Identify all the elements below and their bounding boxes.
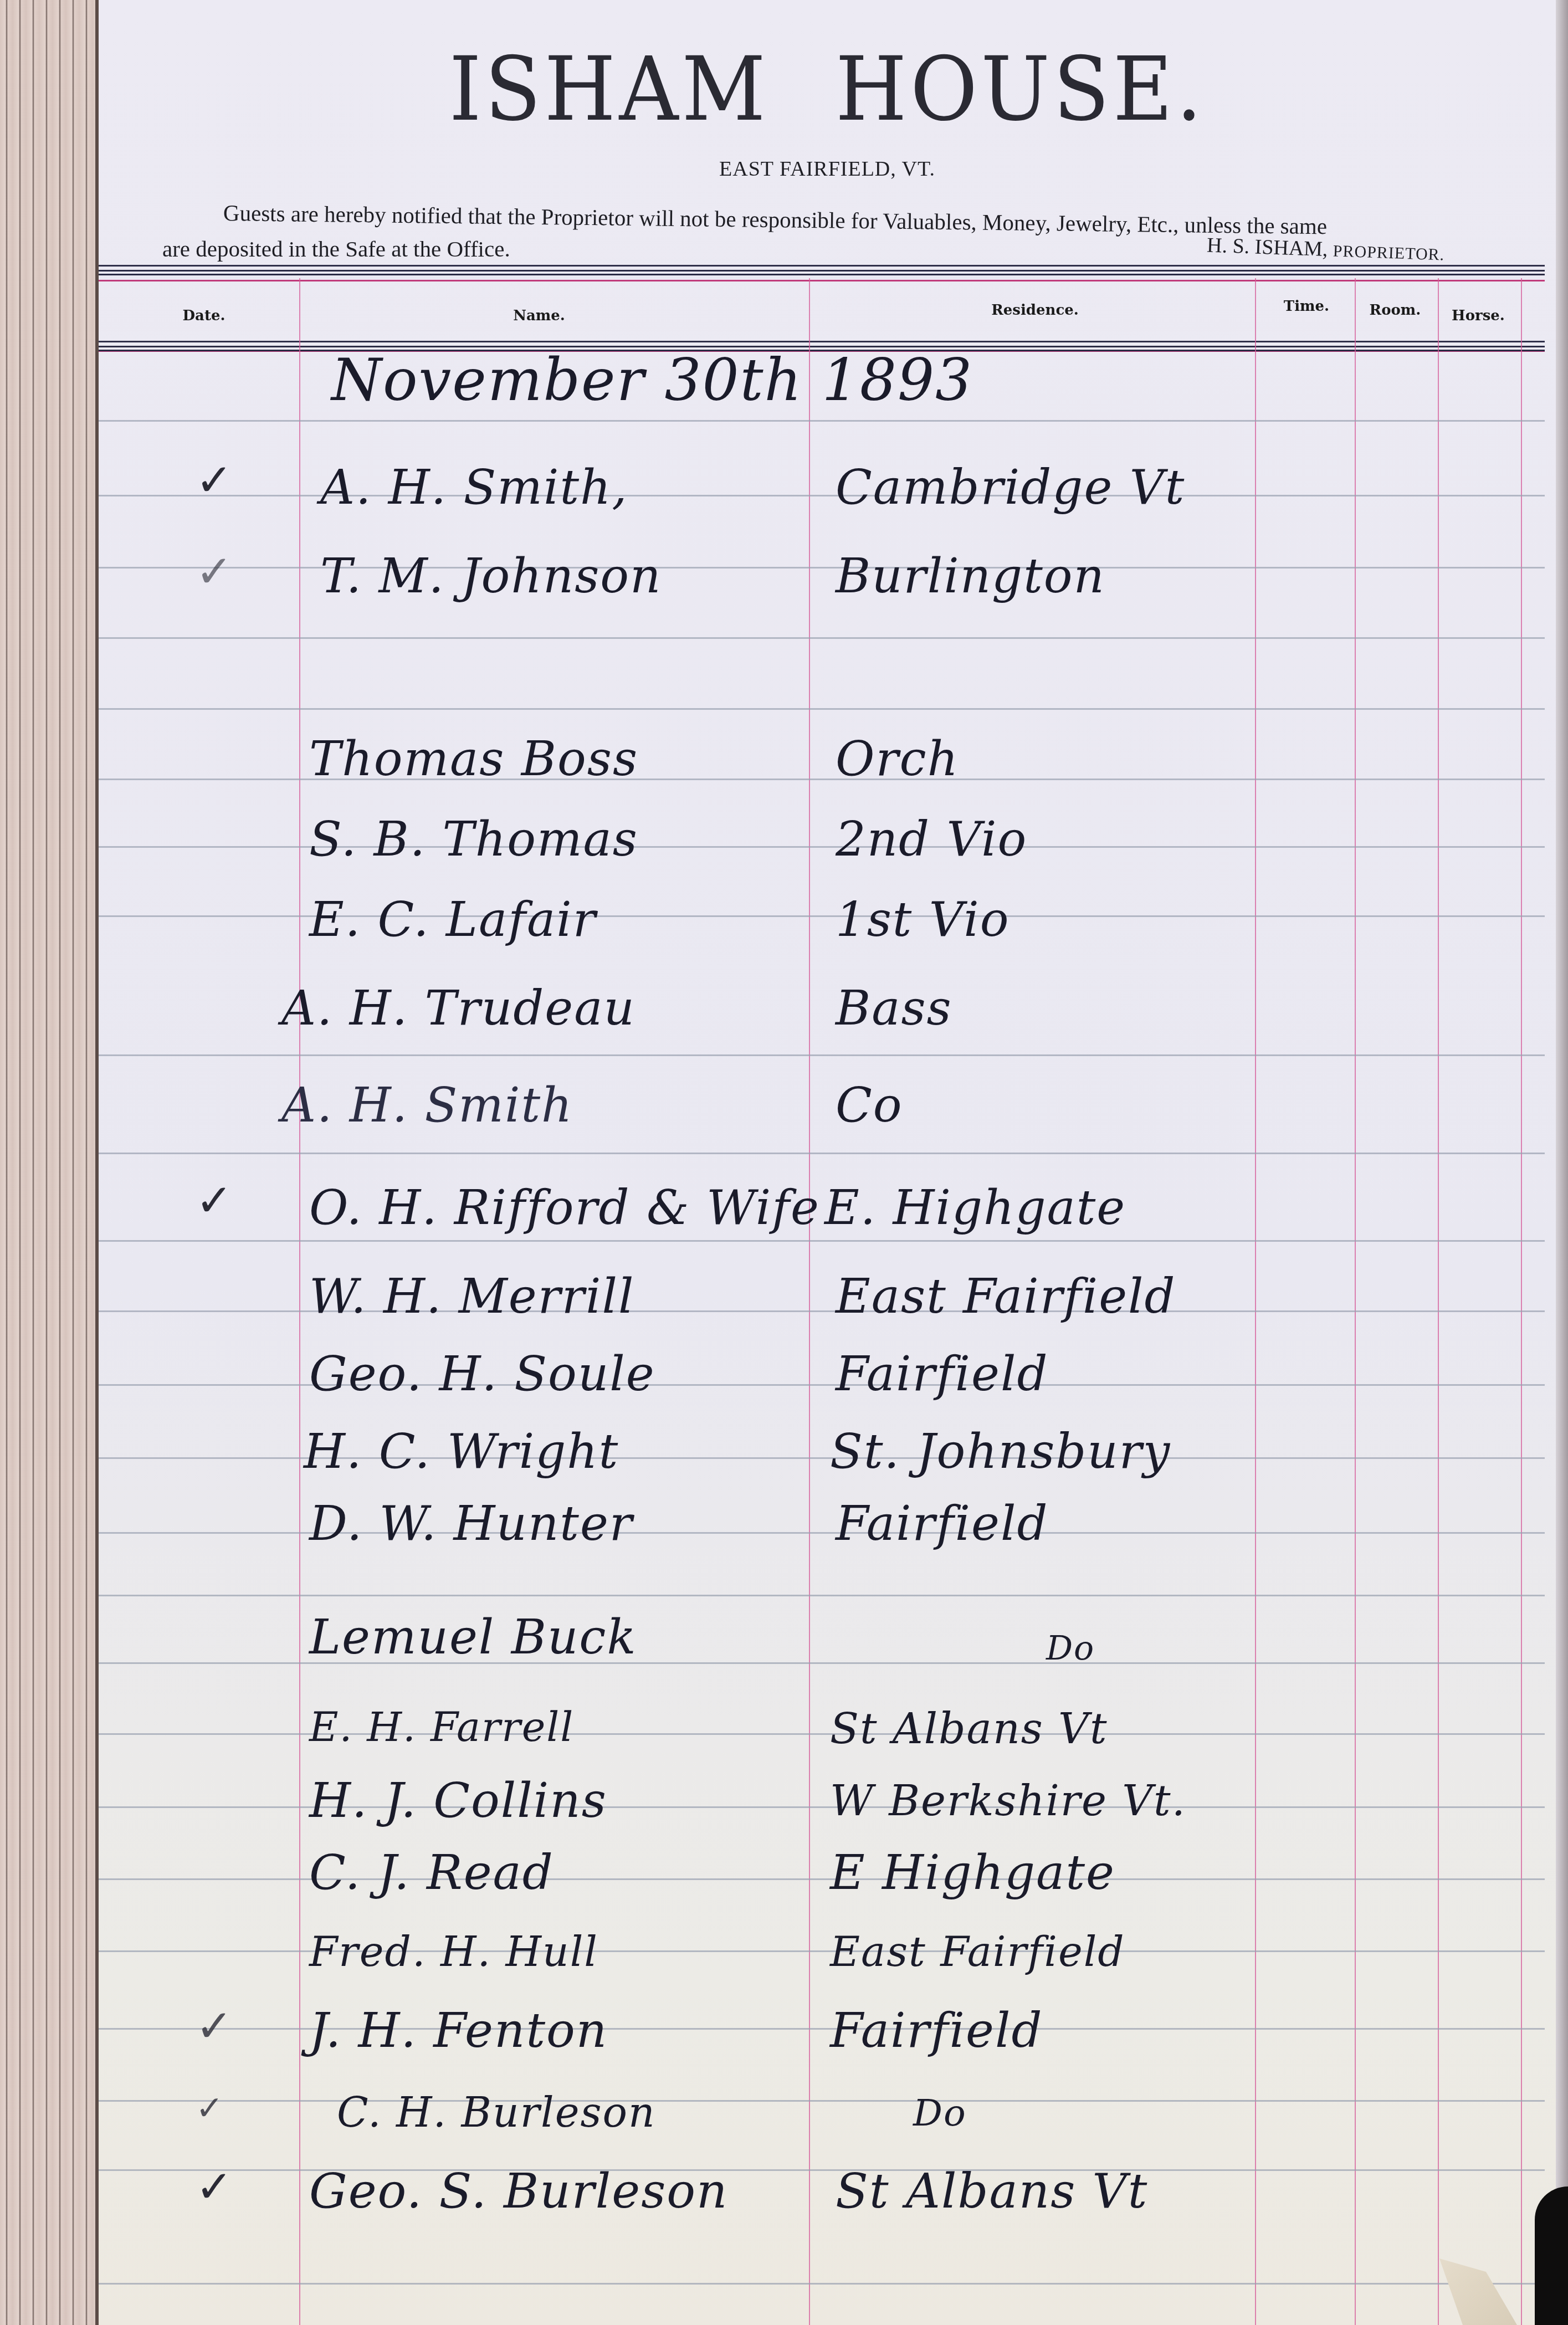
hotel-title: ISHAMHOUSE. (99, 38, 1556, 141)
book-page-edges (0, 0, 99, 2325)
guest-residence: Fairfield (836, 1346, 1049, 1402)
column-header-date: Date. (171, 308, 237, 324)
check-mark-icon: ✓ (196, 2089, 223, 2128)
guest-residence: Cambridge Vt (836, 460, 1185, 515)
guest-name: A. H. Trudeau (281, 981, 636, 1036)
notice-line-2: are deposited in the Safe at the Office. (162, 235, 510, 262)
header-rule-top (99, 265, 1545, 281)
guest-name: Thomas Boss (309, 731, 638, 787)
row-rule (99, 2283, 1545, 2285)
guest-residence: Do (913, 2092, 967, 2134)
check-mark-icon: ✓ (196, 2000, 233, 2052)
guest-name: Geo. S. Burleson (309, 2164, 728, 2219)
guest-residence: W Berkshire Vt. (830, 1776, 1186, 1825)
guest-residence: 2nd Vio (836, 812, 1027, 867)
guest-name: Fred. H. Hull (309, 1928, 598, 1976)
guest-name: H. C. Wright (304, 1424, 619, 1479)
guest-residence: East Fairfield (836, 1269, 1176, 1324)
row-rule (99, 2100, 1545, 2102)
column-divider-time (1355, 278, 1356, 2325)
guest-name: J. H. Fenton (309, 2003, 608, 2058)
guest-residence: E Highgate (830, 1845, 1115, 1901)
row-rule (99, 1240, 1545, 1242)
date-entry: November 30th 1893 (331, 346, 973, 414)
row-rule (99, 495, 1545, 496)
column-divider-date (299, 278, 300, 2325)
proprietor-title: PROPRIETOR. (1333, 242, 1444, 264)
page-right-edge (1556, 0, 1568, 2325)
guest-name: H. J. Collins (309, 1773, 607, 1829)
row-rule (99, 637, 1545, 639)
column-header-time: Time. (1273, 298, 1340, 315)
guest-residence: St Albans Vt (830, 1704, 1108, 1753)
column-header-horse: Horse. (1442, 308, 1514, 324)
guest-residence: Fairfield (830, 2003, 1043, 2058)
guest-name: T. M. Johnson (320, 549, 662, 604)
column-divider-horse (1521, 278, 1522, 2325)
title-word-1: ISHAM (449, 38, 769, 141)
check-mark-icon: ✓ (196, 546, 233, 597)
guest-residence: Bass (836, 981, 952, 1036)
guest-name: Geo. H. Soule (309, 1346, 655, 1402)
proprietor-signature: H. S. ISHAM, PROPRIETOR. (1206, 233, 1445, 266)
guest-residence: E. Highgate (824, 1180, 1126, 1236)
column-header-residence: Residence. (974, 302, 1096, 319)
guest-residence: Co (836, 1078, 903, 1133)
column-divider-room (1438, 278, 1439, 2325)
check-mark-icon: ✓ (196, 1175, 233, 1226)
guest-name: D. W. Hunter (309, 1496, 633, 1551)
row-rule (99, 1595, 1545, 1596)
guest-name: W. H. Merrill (309, 1269, 634, 1324)
column-divider-residence (1255, 278, 1256, 2325)
guest-residence: Burlington (836, 549, 1105, 604)
guest-name: C. J. Read (309, 1845, 554, 1901)
background-corner (1535, 2186, 1568, 2325)
column-divider-name (809, 278, 810, 2325)
title-word-2: HOUSE. (836, 38, 1206, 141)
guest-name: C. H. Burleson (337, 2089, 656, 2137)
guest-name: Lemuel Buck (309, 1610, 637, 1665)
proprietor-name: H. S. ISHAM, (1206, 234, 1328, 262)
check-mark-icon: ✓ (196, 2161, 233, 2213)
guest-name: S. B. Thomas (309, 812, 638, 867)
guest-name: A. H. Smith (281, 1078, 573, 1133)
guest-residence: St Albans Vt (836, 2164, 1148, 2219)
guest-residence: St. Johnsbury (830, 1424, 1171, 1479)
guest-residence: Fairfield (836, 1496, 1049, 1551)
guest-residence: East Fairfield (830, 1928, 1125, 1976)
row-rule (99, 420, 1545, 422)
notice-line-1: Guests are hereby notified that the Prop… (223, 199, 1328, 239)
row-rule (99, 708, 1545, 710)
guest-name: E. H. Farrell (309, 1704, 574, 1750)
row-rule (99, 1054, 1545, 1056)
guest-name: O. H. Rifford & Wife (309, 1180, 820, 1236)
guest-residence: Do (1046, 1629, 1095, 1668)
hotel-location: EAST FAIRFIELD, VT. (99, 157, 1556, 181)
folded-page-corner (1439, 2259, 1517, 2325)
check-mark-icon: ✓ (196, 454, 233, 506)
row-rule (99, 567, 1545, 569)
guest-residence: 1st Vio (836, 892, 1010, 948)
row-rule (99, 1153, 1545, 1154)
guest-name: E. C. Lafair (309, 892, 597, 948)
guest-residence: Orch (836, 731, 959, 787)
guest-name: A. H. Smith, (320, 460, 628, 515)
register-page: ISHAMHOUSE. EAST FAIRFIELD, VT. Guests a… (99, 0, 1556, 2325)
column-header-room: Room. (1359, 302, 1431, 319)
column-header-name: Name. (498, 308, 581, 324)
